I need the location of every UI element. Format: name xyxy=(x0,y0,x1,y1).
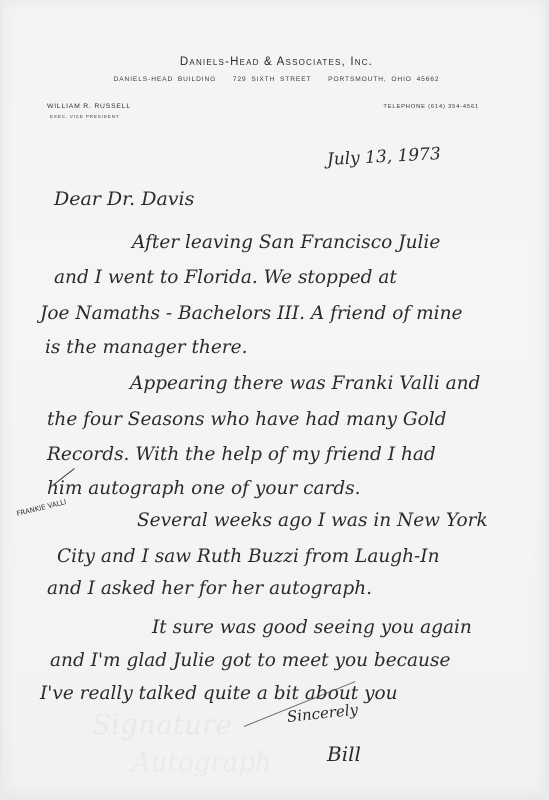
letter-line: After leaving San Francisco Julie xyxy=(132,232,440,253)
letter-line: It sure was good seeing you again xyxy=(152,617,472,638)
margin-annotation: Frankie Valli xyxy=(16,498,67,518)
letterhead-sender-name: William R. Russell xyxy=(47,103,131,110)
letterhead-telephone: Telephone (614) 354-4561 xyxy=(383,104,479,110)
letter-line: Appearing there was Franki Valli and xyxy=(130,373,480,394)
letter-page: Daniels-Head & Associates, Inc. Daniels-… xyxy=(2,0,546,796)
letter-line: City and I saw Ruth Buzzi from Laugh-In xyxy=(57,546,440,567)
letter-line: Several weeks ago I was in New York xyxy=(137,510,488,531)
letterhead-address: Daniels-Head Building 729 Sixth Street P… xyxy=(2,76,549,83)
letterhead-street: 729 Sixth Street xyxy=(233,76,312,83)
letter-line: and I asked her for her autograph. xyxy=(47,578,372,599)
letter-line: and I went to Florida. We stopped at xyxy=(54,267,397,288)
letter-line: Joe Namaths - Bachelors III. A friend of… xyxy=(40,303,462,324)
faint-watermark-2: Autograph xyxy=(132,748,272,778)
letter-line: the four Seasons who have had many Gold xyxy=(47,409,447,430)
letter-date: July 13, 1973 xyxy=(326,144,441,170)
letterhead-building: Daniels-Head Building xyxy=(114,76,217,83)
letter-signature: Bill xyxy=(327,742,361,766)
letterhead-sender-title: Exec. Vice President xyxy=(50,114,119,119)
faint-watermark: Signature xyxy=(92,708,232,741)
letter-line: and I'm glad Julie got to meet you becau… xyxy=(50,650,450,671)
letterhead-company-name: Daniels-Head & Associates, Inc. xyxy=(2,56,549,68)
letter-line: him autograph one of your cards. xyxy=(47,478,361,499)
letterhead-city: Portsmouth, Ohio 45662 xyxy=(328,76,439,83)
letter-line: Records. With the help of my friend I ha… xyxy=(47,444,436,465)
letter-salutation: Dear Dr. Davis xyxy=(54,188,194,210)
letter-line: is the manager there. xyxy=(45,337,247,358)
